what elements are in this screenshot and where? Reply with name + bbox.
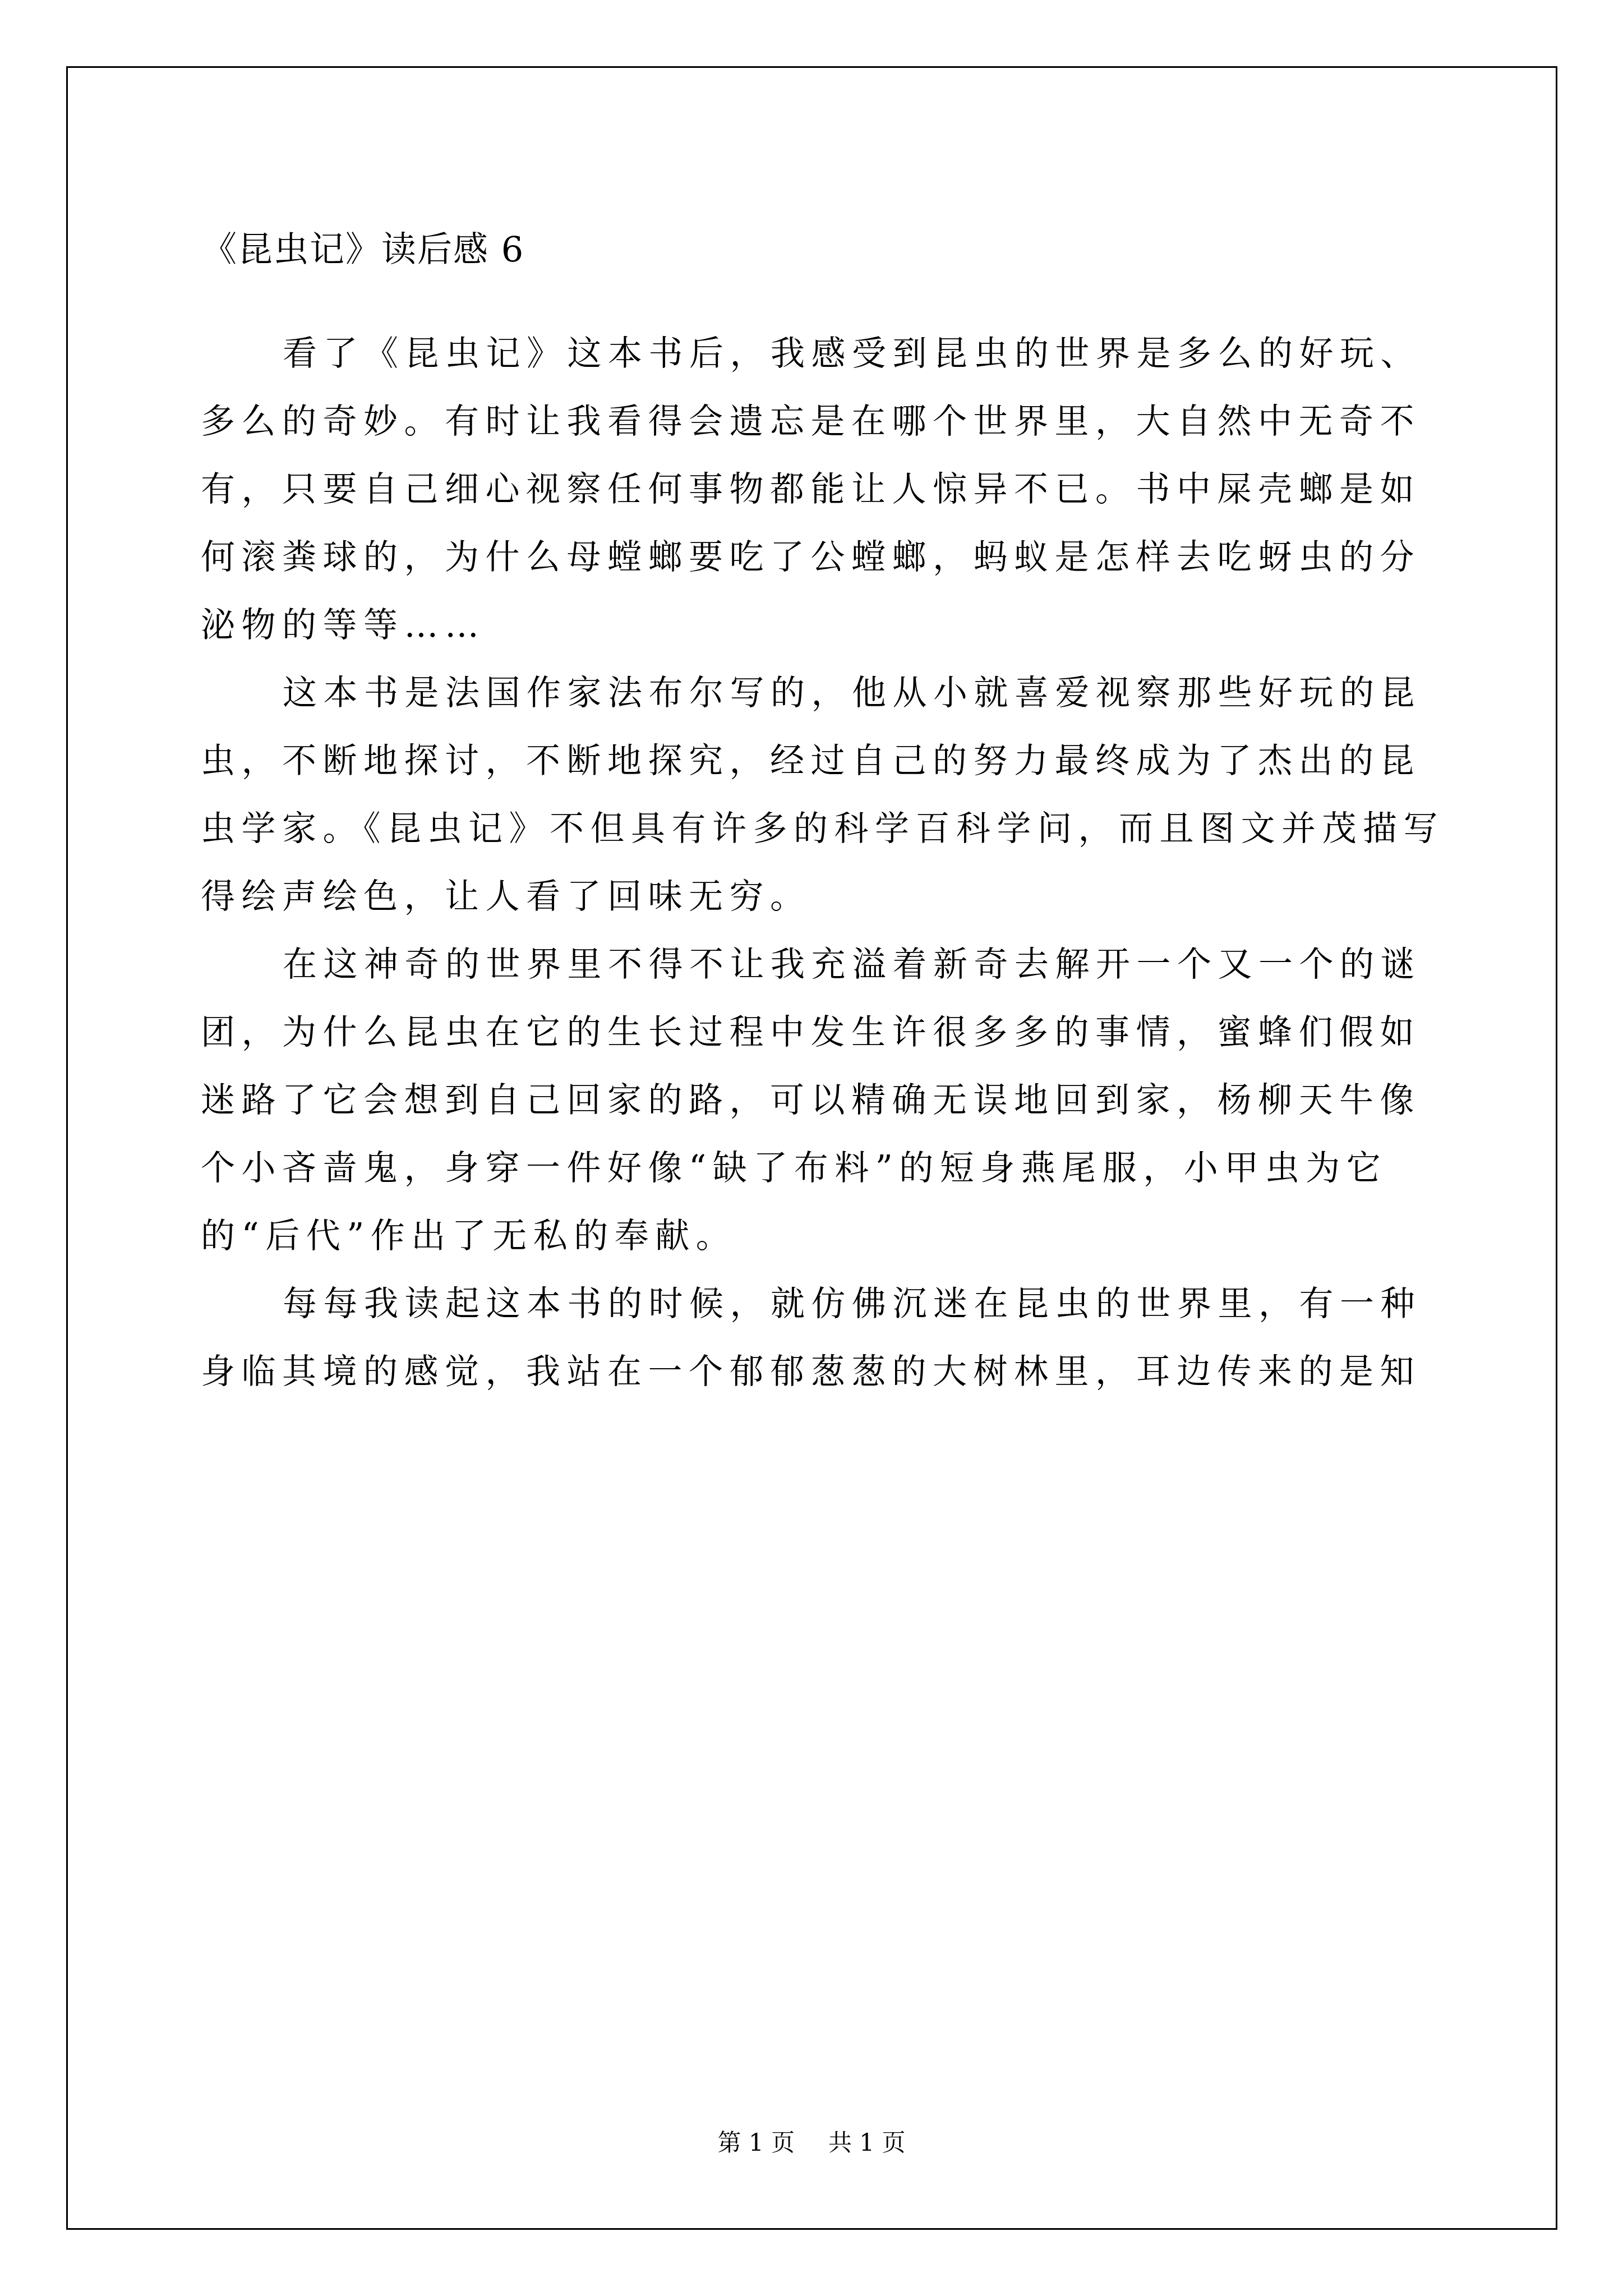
text-line: 虫学家。《昆虫记》不但具有许多的科学百科学问，而且图文并茂描写 bbox=[201, 795, 1429, 863]
text-line: 何滚粪球的，为什么母螳螂要吃了公螳螂，蚂蚁是怎样去吃蚜虫的分 bbox=[201, 523, 1429, 591]
text-line: 在这神奇的世界里不得不让我充溢着新奇去解开一个又一个的谜 bbox=[201, 931, 1429, 999]
text-line: 迷路了它会想到自己回家的路，可以精确无误地回到家，杨柳天牛像 bbox=[201, 1066, 1429, 1134]
text-line: 得绘声绘色，让人看了回味无穷。 bbox=[201, 863, 1429, 931]
page-footer: 第 1 页共 1 页 bbox=[0, 2129, 1623, 2157]
text-line: 每每我读起这本书的时候，就仿佛沉迷在昆虫的世界里，有一种 bbox=[201, 1270, 1429, 1338]
text-line: 个小吝啬鬼，身穿一件好像“缺了布料”的短身燕尾服，小甲虫为它 bbox=[201, 1134, 1429, 1202]
document-title: 《昆虫记》读后感 6 bbox=[202, 227, 524, 272]
paragraph-2: 这本书是法国作家法布尔写的，他从小就喜爱视察那些好玩的昆 虫，不断地探讨，不断地… bbox=[201, 659, 1429, 931]
current-page-label: 第 1 页 bbox=[718, 2129, 795, 2157]
text-line: 多么的奇妙。有时让我看得会遗忘是在哪个世界里，大自然中无奇不 bbox=[201, 388, 1429, 455]
text-line: 团，为什么昆虫在它的生长过程中发生许很多多的事情，蜜蜂们假如 bbox=[201, 999, 1429, 1066]
text-line: 这本书是法国作家法布尔写的，他从小就喜爱视察那些好玩的昆 bbox=[201, 659, 1429, 727]
text-line: 身临其境的感觉，我站在一个郁郁葱葱的大树林里，耳边传来的是知 bbox=[201, 1338, 1429, 1406]
text-line: 泌物的等等…… bbox=[201, 591, 1429, 659]
paragraph-1: 看了《昆虫记》这本书后，我感受到昆虫的世界是多么的好玩、 多么的奇妙。有时让我看… bbox=[201, 320, 1429, 659]
text-line: 虫，不断地探讨，不断地探究，经过自己的努力最终成为了杰出的昆 bbox=[201, 727, 1429, 795]
paragraph-3: 在这神奇的世界里不得不让我充溢着新奇去解开一个又一个的谜 团，为什么昆虫在它的生… bbox=[201, 931, 1429, 1270]
text-line: 的“后代”作出了无私的奉献。 bbox=[201, 1202, 1429, 1270]
total-pages-label: 共 1 页 bbox=[828, 2129, 905, 2157]
document-body: 看了《昆虫记》这本书后，我感受到昆虫的世界是多么的好玩、 多么的奇妙。有时让我看… bbox=[201, 320, 1429, 1406]
text-line: 看了《昆虫记》这本书后，我感受到昆虫的世界是多么的好玩、 bbox=[201, 320, 1429, 388]
paragraph-4: 每每我读起这本书的时候，就仿佛沉迷在昆虫的世界里，有一种 身临其境的感觉，我站在… bbox=[201, 1270, 1429, 1406]
text-line: 有，只要自己细心视察任何事物都能让人惊异不已。书中屎壳螂是如 bbox=[201, 455, 1429, 523]
